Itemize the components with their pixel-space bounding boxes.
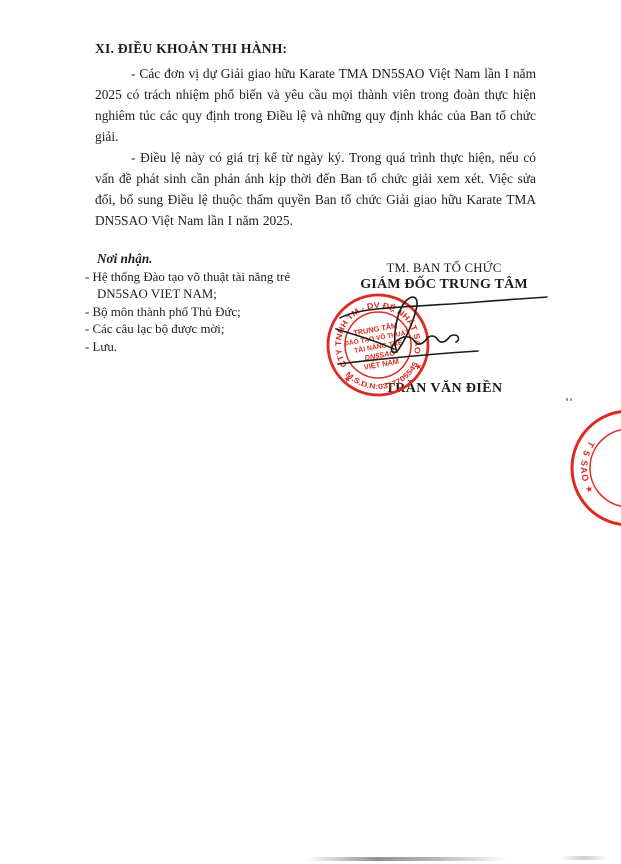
scan-smudge [306, 857, 508, 861]
edge-seal-stamp: T 5 SAO ★ [572, 411, 621, 525]
round-seal-stamp: CTY TNHH TM - DV ĐỆ NHẤT SAO M.S.D.N:031… [320, 287, 436, 403]
scan-speck [566, 398, 568, 401]
stamps-and-signature-layer: CTY TNHH TM - DV ĐỆ NHẤT SAO M.S.D.N:031… [0, 0, 621, 864]
document-page: XI. ĐIỀU KHOẢN THI HÀNH: - Các đơn vị dự… [0, 0, 621, 864]
edge-seal-inner-ring [590, 429, 621, 507]
scan-smudge-small [560, 856, 608, 860]
seal-star-right-icon: ★ [414, 361, 424, 372]
edge-seal-arc-text: T 5 SAO ★ [579, 439, 597, 496]
